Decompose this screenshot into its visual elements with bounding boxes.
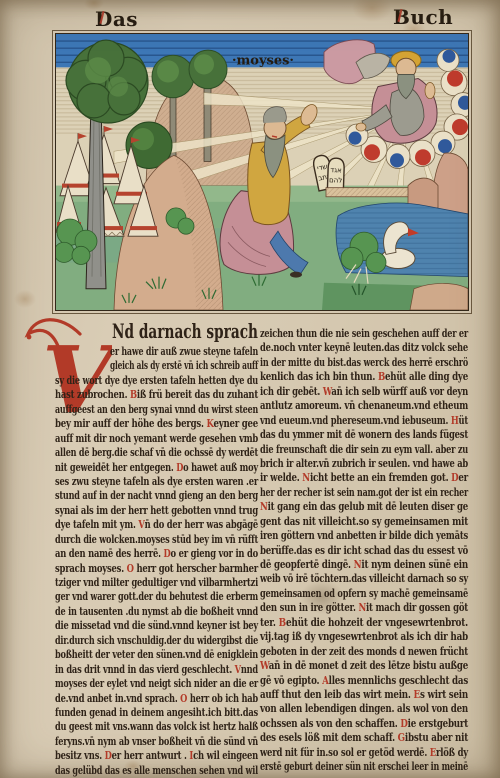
text-line: die freunschaft die dir sein zu eym vall…: [260, 442, 468, 456]
text-line: gleich als dy erstē vn̄ ich schreib auff: [55, 358, 258, 372]
text-line: ses zwu steyne tafeln als dye ersten war…: [55, 474, 258, 488]
text-line: gē vō egipto. Alles mennlichs geschlecht…: [260, 673, 468, 687]
text-line: zeichen thun die nie sein geschehen auff…: [260, 326, 468, 340]
text-line: dir.durch sich vnschuldig.der du widergi…: [55, 633, 258, 647]
text-line: erstē geburt deiner sün nit erschei leer…: [260, 759, 468, 773]
text-line: de in tausenten .du nymst ab die boßheit…: [55, 604, 258, 618]
text-line: die missetad vnd die sünd.vnnd keyner is…: [55, 618, 258, 632]
paper-stain: [14, 290, 36, 308]
text-line: moyses der eylet vnd neigt sich nider an…: [55, 676, 258, 690]
text-line: allen dē berg.die schaf vn̄ die ochssē d…: [55, 445, 258, 459]
text-line: tziger vnd milter gedultiger vnd vilbarm…: [55, 575, 258, 589]
text-line: synai als im der herr hett gebotten vnnd…: [55, 503, 258, 517]
text-line: vnd eueum.vnd phereseum.vnd iebuseum. Hü…: [260, 413, 468, 427]
text-line: Nit gang ein das gelub mit dē leuten dis…: [260, 499, 468, 513]
text-line: antlutz amoreum. vn̄ chenaneum.vnd etheu…: [260, 398, 468, 412]
text-line: ochssen als von den schaffen. Die erstge…: [260, 716, 468, 730]
text-line: dē geopfertē dingē. Nit nym deinen sünē …: [260, 557, 468, 571]
text-line: besitz vns. Der herr antwurt . Ich wil e…: [55, 748, 258, 762]
text-line: gent das nit villeicht.so sy gemeinsamen…: [260, 514, 468, 528]
text-line: nit geweidēt her entgegen. Do hawet auß …: [55, 460, 258, 474]
text-line: kenlich das ich bin thun. Behüt alle din…: [260, 369, 468, 383]
text-line: berüffe.das es dir icht schad das du ess…: [260, 543, 468, 557]
text-line: werd nit für in.so sol er getöd werdē. E…: [260, 745, 468, 759]
text-line: in das drit vnnd in das vierd geschlecht…: [55, 662, 258, 676]
body-lines-right: zeichen thun die nie sein geschehen auff…: [260, 326, 468, 774]
text-line: auffgeest an den berg synai vnnd du wirs…: [55, 402, 258, 416]
text-line: gemeinsamen od opfern sy machē gemeinsam…: [260, 586, 468, 600]
text-line: Wan̄ in dē monet d zeit des lētze bistu …: [260, 658, 468, 672]
text-line: iren göttern vnd anbetten ir bilde dich …: [260, 528, 468, 542]
text-line: her der recher ist sein nam.got der ist …: [260, 485, 468, 499]
text-line: ger vnd warer gott.der du behutest die e…: [55, 589, 258, 603]
paper-stain: [352, 0, 392, 22]
text-line: des esels löß mit dem schaff. Gibstu abe…: [260, 730, 468, 744]
text-line: in der mitte du bist.das werck des herrē…: [260, 355, 468, 369]
text-line: das gelübd das es alle menschen sehen vn…: [55, 763, 258, 777]
tablet-pseudo-hebrew-text: להם: [329, 175, 342, 185]
text-line: du geest mit vns.wann das volck ist hert…: [55, 719, 258, 733]
text-line: das du ymmer mit dē wonern des lands füg…: [260, 427, 468, 441]
text-line: dye tafeln mit ym. Vn̄ do der herr was a…: [55, 517, 258, 531]
text-column-right: zeichen thun die nie sein geschehen auff…: [260, 326, 468, 774]
text-line: bey mir auff der höhe des bergs. Keyner …: [55, 416, 258, 430]
text-line: auff mit dir noch yemant werde gesehen v…: [55, 431, 258, 445]
tablet-pseudo-hebrew-text: אגד: [330, 165, 342, 174]
text-line: feryns.vn̄ nym ab vnser boßheit vn̄ die …: [55, 734, 258, 748]
text-line: er hawe dir auß zwue steyne tafeln: [55, 344, 258, 358]
text-line: weib vō irē töchtern.das villeicht darna…: [260, 571, 468, 585]
text-line: de.noch vnter keynē leuten.das ditz volc…: [260, 340, 468, 354]
woodcut-illustration: שדי כתב אגד להם: [55, 33, 469, 311]
text-line: ter. Behüt die hohzeit der vngesewrtenbr…: [260, 615, 468, 629]
text-line: de.vnd anbet in.vnd sprach. O herr ob ic…: [55, 691, 258, 705]
text-line: von allen lebendigen dingen. als wol von…: [260, 701, 468, 715]
text-line: stund auf in der nacht vnnd gieng an den…: [55, 488, 258, 502]
bank-path: [410, 283, 468, 310]
text-line: vij.tag iß dy vngesewrtenbrot als ich di…: [260, 629, 468, 643]
text-line: geboten in der zeit des monds d newen fr…: [260, 644, 468, 658]
text-line: durch die wolcken.moyses stūd bey im vn̄…: [55, 532, 258, 546]
text-line: auff thut den leib das wirt mein. Es wir…: [260, 687, 468, 701]
illustration-caption: ·moyses·: [232, 53, 294, 68]
text-line: sprach moyses. O herr got herscher barmh…: [55, 561, 258, 575]
text-line: boßheitt der veter den sünen.vnd dē enig…: [55, 647, 258, 661]
text-line: den sun in ire götter. Nit mach dir goss…: [260, 600, 468, 614]
text-line: ich dir gebēt. Wan̄ ich selb würff auß v…: [260, 384, 468, 398]
text-column-left: Nd darnach sprach er hawe dir auß zwue s…: [55, 320, 258, 777]
book-page: Das Buch: [0, 0, 500, 778]
text-line: hast zubrochen. Biß frü bereit das du zu…: [55, 387, 258, 401]
text-line: an den namē des herrē. Do er gieng vor i…: [55, 546, 258, 560]
text-line: funden genad in deinem angesiht.ich bitt…: [55, 705, 258, 719]
text-line: brich ir alter.vn̄ zubrich ir seulen. vn…: [260, 456, 468, 470]
moses-shoe: [290, 272, 302, 278]
text-line: sy die wort dye dye ersten tafeln hetten…: [55, 373, 258, 387]
text-line: ir welde. Nicht bette an ein fremden got…: [260, 470, 468, 484]
body-lines-left: er hawe dir auß zwue steyne tafelngleich…: [55, 344, 258, 777]
chapter-heading: Nd darnach sprach: [55, 320, 258, 344]
chapter-heading-text: Nd darnach sprach: [112, 320, 258, 344]
